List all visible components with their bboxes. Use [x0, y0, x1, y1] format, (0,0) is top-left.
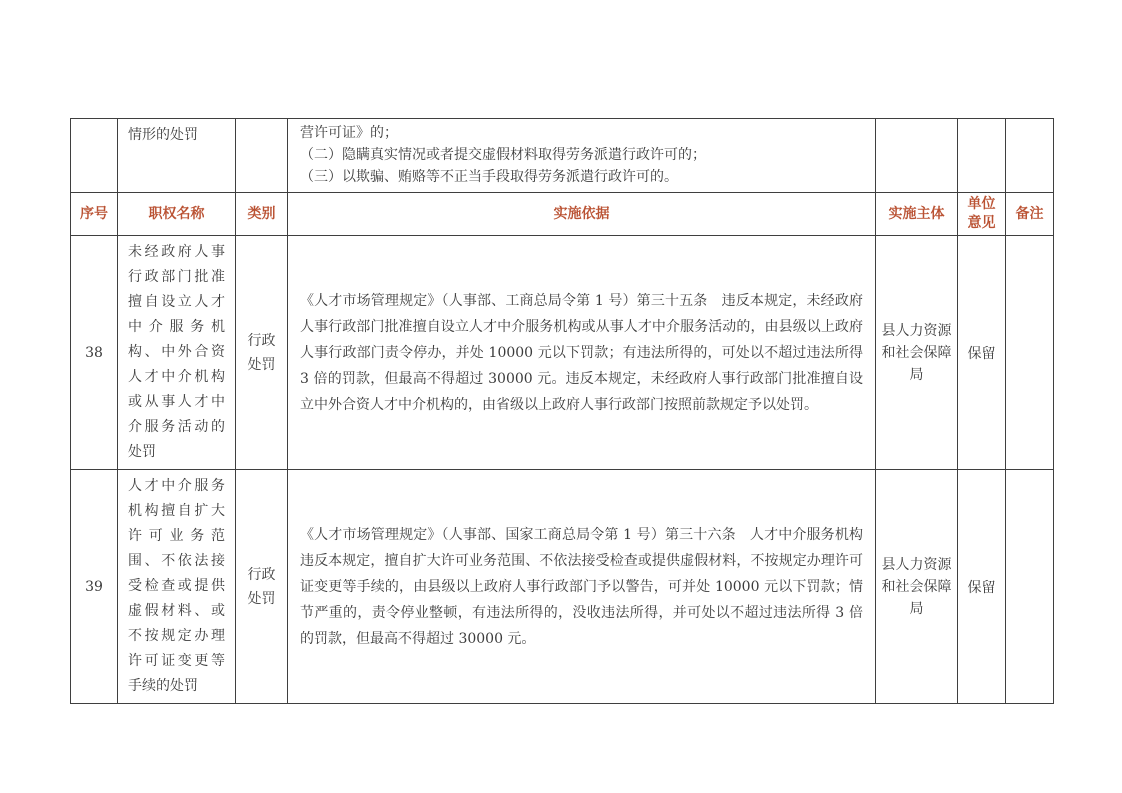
cont-implementer-cell — [876, 119, 958, 193]
row38-implementer-cell: 县人力资源和社会保障局 — [876, 236, 958, 470]
powers-table: 情形的处罚 营许可证》的； （二）隐瞒真实情况或者提交虚假材料取得劳务派遣行政许… — [70, 118, 1054, 704]
header-row: 序号 职权名称 类别 实施依据 实施主体 单位 意见 备注 — [71, 193, 1054, 236]
row39-basis-cell: 《人才市场管理规定》（人事部、国家工商总局令第 1 号）第三十六条 人才中介服务… — [288, 470, 876, 704]
row38-basis-cell: 《人才市场管理规定》（人事部、工商总局令第 1 号）第三十五条 违反本规定，未经… — [288, 236, 876, 470]
row39-category-cell: 行政 处罚 — [236, 470, 288, 704]
cont-opinion-cell — [958, 119, 1006, 193]
row38-power-name-cell: 未经政府人事行政部门批准擅自设立人才中介服务机构、中外合资人才中介机构或从事人才… — [118, 236, 236, 470]
row38-opinion-cell: 保留 — [958, 236, 1006, 470]
header-opinion: 单位 意见 — [958, 193, 1006, 236]
cont-basis-cell: 营许可证》的； （二）隐瞒真实情况或者提交虚假材料取得劳务派遣行政许可的； （三… — [288, 119, 876, 193]
row38-remark-cell — [1006, 236, 1054, 470]
header-category: 类别 — [236, 193, 288, 236]
header-power-name: 职权名称 — [118, 193, 236, 236]
row39-remark-cell — [1006, 470, 1054, 704]
document-page: 情形的处罚 营许可证》的； （二）隐瞒真实情况或者提交虚假材料取得劳务派遣行政许… — [0, 0, 1122, 793]
row39-opinion-cell: 保留 — [958, 470, 1006, 704]
header-remark: 备注 — [1006, 193, 1054, 236]
cont-serial-cell — [71, 119, 118, 193]
cont-power-name-cell: 情形的处罚 — [118, 119, 236, 193]
row39-serial-cell: 39 — [71, 470, 118, 704]
header-basis: 实施依据 — [288, 193, 876, 236]
table-row-38: 38 未经政府人事行政部门批准擅自设立人才中介服务机构、中外合资人才中介机构或从… — [71, 236, 1054, 470]
row39-implementer-cell: 县人力资源和社会保障局 — [876, 470, 958, 704]
table-row-39: 39 人才中介服务机构擅自扩大许可业务范围、不依法接受检查或提供虚假材料、或不按… — [71, 470, 1054, 704]
cont-category-cell — [236, 119, 288, 193]
row38-serial-cell: 38 — [71, 236, 118, 470]
header-implementer: 实施主体 — [876, 193, 958, 236]
row38-category-cell: 行政 处罚 — [236, 236, 288, 470]
row39-power-name-cell: 人才中介服务机构擅自扩大许可业务范围、不依法接受检查或提供虚假材料、或不按规定办… — [118, 470, 236, 704]
continuation-row: 情形的处罚 营许可证》的； （二）隐瞒真实情况或者提交虚假材料取得劳务派遣行政许… — [71, 119, 1054, 193]
header-serial: 序号 — [71, 193, 118, 236]
cont-remark-cell — [1006, 119, 1054, 193]
